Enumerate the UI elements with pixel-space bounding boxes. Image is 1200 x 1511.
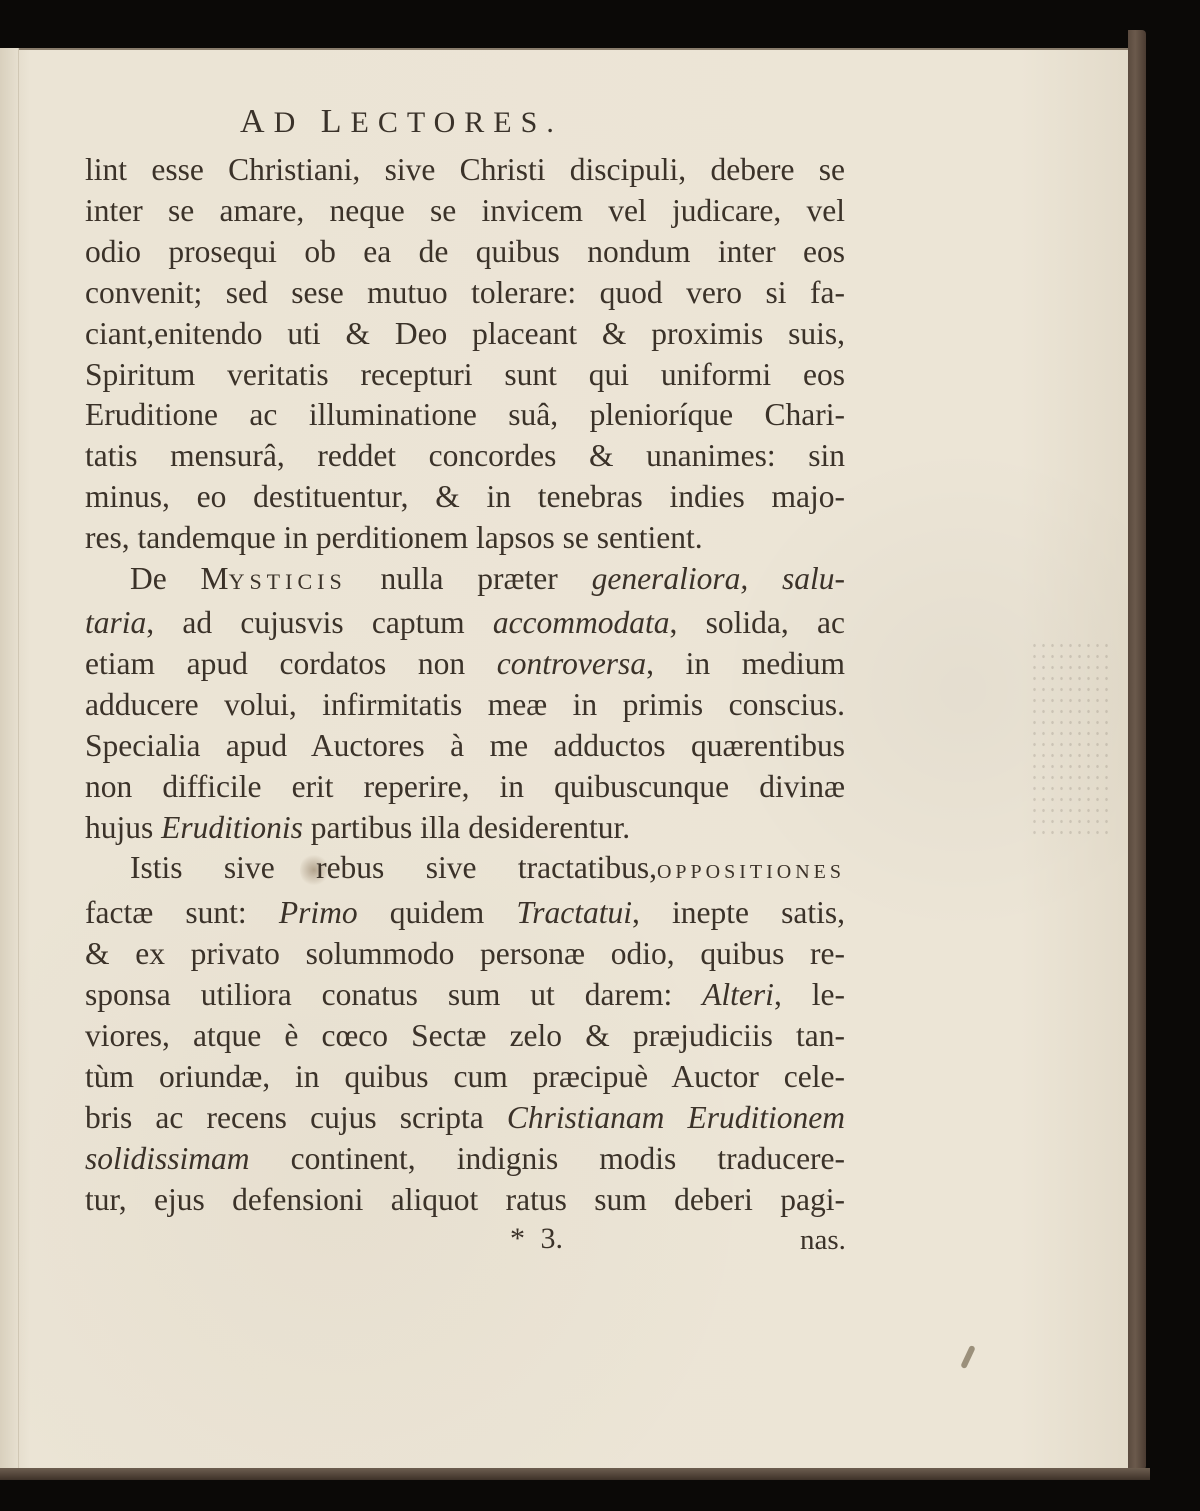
running-head: AD LECTORES. [240, 103, 563, 141]
text-span: etiam apud cordatos non [85, 646, 465, 681]
text-span: , solida, ac [670, 605, 845, 640]
text-span: quidem [390, 895, 485, 930]
text-line: odio prosequi ob ea de quibus nondum int… [85, 232, 845, 273]
italic-phrase: Christianam Eruditionem [507, 1100, 845, 1135]
paragraph-3-line-1: Istis sive rebus sive tractatibus,OPPOSI… [85, 848, 845, 893]
text-line: tur, ejus defensioni aliquot ratus sum d… [85, 1180, 845, 1221]
text-span: factæ sunt: [85, 895, 247, 930]
text-line: inter se amare, neque se invicem vel jud… [85, 191, 845, 232]
paragraph-2-line-7: hujus Eruditionis partibus illa desidere… [85, 808, 845, 849]
text-line: Eruditione ac illuminatione suâ, plenior… [85, 395, 845, 436]
text-line: Spiritum veritatis recepturi sunt qui un… [85, 355, 845, 396]
italic-word: Eruditionis [161, 810, 303, 845]
text-line: res, tandemque in perditionem lapsos se … [85, 518, 845, 559]
smallcaps-oppositiones: OPPOSITIONES [657, 861, 845, 883]
text-line: & ex privato solummodo personæ odio, qui… [85, 934, 845, 975]
text-line: convenit; sed sese mutuo tolerare: quod … [85, 273, 845, 314]
text-span: sponsa utiliora conatus sum ut darem: [85, 977, 672, 1012]
book-cover-edge-bottom [0, 1468, 1150, 1480]
signature-mark: * 3. [510, 1222, 563, 1256]
italic-word: accommodata [493, 605, 670, 640]
italic-word: Tractatui [516, 895, 632, 930]
text-span: , in medium [646, 646, 845, 681]
italic-word: solidissimam [85, 1141, 250, 1176]
foxing-speckles [1030, 640, 1110, 840]
italic-word: , salu- [740, 561, 845, 596]
smallcaps-mysticis: YSTICIS [229, 569, 347, 594]
text-span: partibus illa desiderentur. [311, 810, 630, 845]
italic-word: taria [85, 605, 146, 640]
text-line: tatis mensurâ, reddet concordes & unanim… [85, 436, 845, 477]
text-span: , le- [774, 977, 845, 1012]
paragraph-3-line-8: solidissimam continent, indignis modis t… [85, 1139, 845, 1180]
text-line: adducere volui, infirmitatis meæ in prim… [85, 685, 845, 726]
text-line: tùm oriundæ, in quibus cum præcipuè Auct… [85, 1057, 845, 1098]
italic-word: Alteri [702, 977, 774, 1012]
word-de: De [130, 561, 167, 596]
body-text: lint esse Christiani, sive Christi disci… [85, 150, 845, 1221]
text-span: continent, indignis modis traducere- [291, 1141, 845, 1176]
text-span: Istis sive rebus sive tractatibus, [130, 850, 657, 885]
running-head-d: D [274, 106, 305, 139]
catchword: nas. [800, 1224, 846, 1257]
text-line: ciant,enitendo uti & Deo placeant & prox… [85, 314, 845, 355]
text-span: , inepte satis, [632, 895, 845, 930]
paragraph-2-line-3: etiam apud cordatos non controversa, in … [85, 644, 845, 685]
text-span: bris ac recens cujus scripta [85, 1100, 484, 1135]
italic-word: Primo [279, 895, 358, 930]
text-line: minus, eo destituentur, & in tenebras in… [85, 477, 845, 518]
page-gutter [0, 48, 19, 1470]
book-cover-edge-right [1128, 30, 1146, 1470]
italic-word: generaliora [592, 561, 741, 596]
text-span: nulla præter [381, 561, 558, 596]
paragraph-2-line-2: taria, ad cujusvis captum accommodata, s… [85, 603, 845, 644]
text-line: viores, atque è cœco Sectæ zelo & præjud… [85, 1016, 845, 1057]
running-head-initial-a: A [240, 103, 274, 140]
text-span: hujus [85, 810, 153, 845]
paragraph-2-line-1: De MYSTICIS nulla præter generaliora, sa… [85, 559, 845, 603]
text-line: lint esse Christiani, sive Christi disci… [85, 150, 845, 191]
text-line: Specialia apud Auctores à me adductos qu… [85, 726, 845, 767]
italic-word: controversa [497, 646, 646, 681]
paragraph-3-line-7: bris ac recens cujus scripta Christianam… [85, 1098, 845, 1139]
paragraph-3-line-4: sponsa utiliora conatus sum ut darem: Al… [85, 975, 845, 1016]
text-line: non difficile erit reperire, in quibuscu… [85, 767, 845, 808]
paragraph-3-line-2: factæ sunt: Primo quidem Tractatui, inep… [85, 893, 845, 934]
running-head-initial-l: L [321, 103, 351, 140]
smallcaps-initial: M [201, 561, 229, 596]
running-head-rest: ECTORES. [351, 106, 563, 139]
text-span: , ad cujusvis captum [146, 605, 464, 640]
